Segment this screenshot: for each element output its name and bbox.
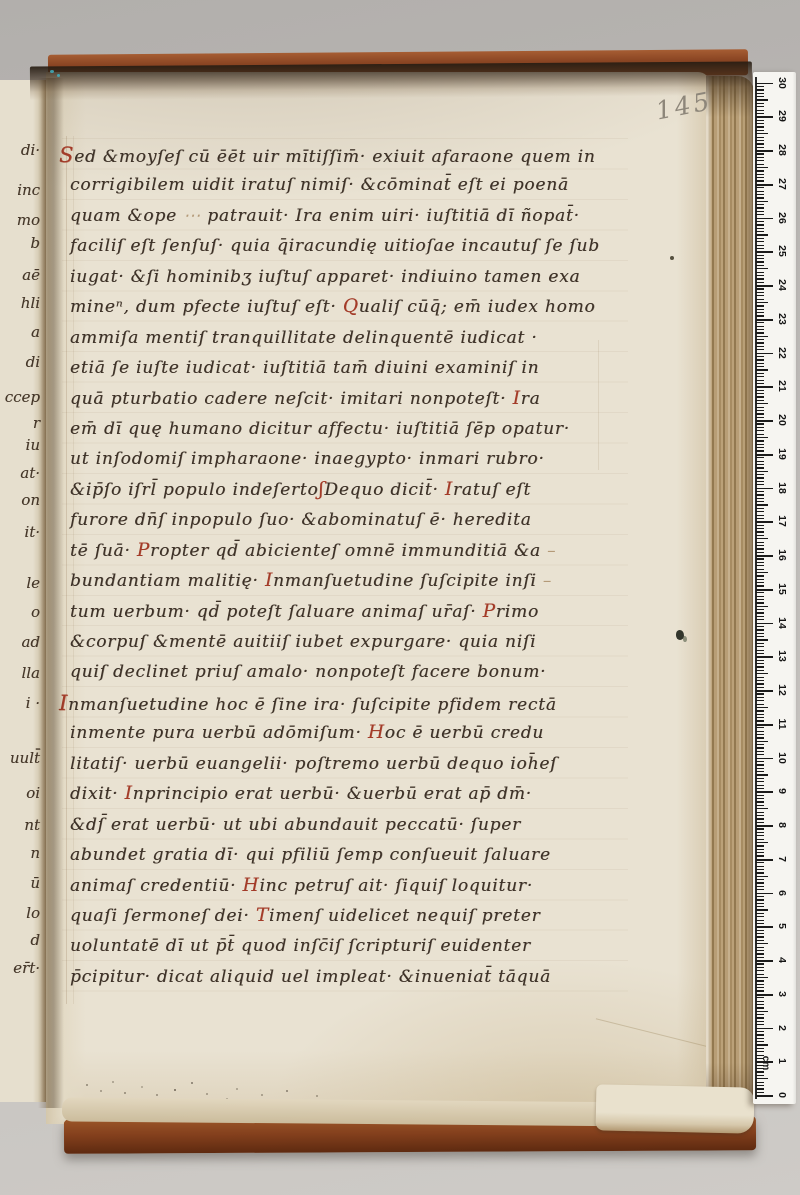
ruler-tick [756,427,764,428]
ruler-tick [756,704,764,705]
manuscript-line: &ip̄ſo iſrl̄ populo indeſertoʃDequo dici… [70,475,646,505]
ruler-label: 16 [775,543,789,567]
ruler-tick [756,174,764,175]
ruler-label: 3 [775,982,789,1006]
ruler-label: 10 [775,746,789,770]
ruler-label: 18 [775,476,789,500]
ruler-tick [756,585,764,586]
ruler-tick [756,933,764,934]
ruler-tick [756,1048,764,1049]
ruler-tick [756,167,768,168]
ruler-tick [756,754,764,755]
ruler-tick [756,882,764,883]
ruler-tick [756,501,764,502]
ruler-tick [756,673,768,674]
text-segment: &dſ̄ erat uerbū· ut ubi abundauit peccat… [70,815,521,835]
ruler-label: 2 [775,1016,789,1040]
ruler-tick [756,444,764,445]
ruler-tick [756,650,764,651]
ruler-tick [756,369,768,370]
ruler-tick [756,916,764,917]
text-segment: ut inſodomiſ impharaone· inaegypto· inma… [70,449,545,469]
ruler-tick [756,484,764,485]
ruler-tick [756,292,764,293]
manuscript-page: Sed &moyſeſ cū ēēt uir mītiſſim̄· exiuit… [46,72,710,1124]
text-segment: abundet gratia dī· qui pfiliū ſemp conſu… [70,845,551,865]
ruler-tick [756,906,764,907]
ruler-tick [756,157,764,158]
ruler-tick [756,450,764,451]
ruler-tick [756,336,768,337]
text-segment: rimo [496,602,539,622]
page-bottom-edge-flap [596,1084,755,1133]
ruler-tick [756,258,764,259]
ruler-tick [756,582,764,583]
ruler-tick [756,99,768,100]
ruler-tick [756,744,764,745]
ruler-tick [756,741,768,742]
ruler-tick [756,845,764,846]
text-segment: nprincipio erat uerbū· &uerbū erat ap̄ d… [133,784,532,804]
ruler-tick [756,143,764,144]
ruler-tick [756,818,764,819]
manuscript-line: faciliſ eſt ſenſuſ· quia q̄iracundię uit… [70,231,646,261]
ruler-tick [756,957,764,958]
ruler-tick [756,717,764,718]
ruler-tick [756,656,773,658]
ruler-tick [756,187,764,188]
ruler-tick [756,990,764,991]
ruler-tick [756,123,764,124]
ruler-tick [756,869,764,870]
ruler-tick [756,920,764,921]
ruler-tick [756,508,764,509]
ruler-tick [756,106,764,107]
ruler-tick [756,785,764,786]
dirt-speckles [86,1084,88,1086]
ruler-tick [756,434,764,435]
ruler-tick [756,545,764,546]
ruler-tick [756,629,764,630]
ruler-tick [756,96,764,97]
ruler-tick [756,849,764,850]
ruler-tick [756,558,764,559]
manuscript-line: litatiſ· uerbū euangelii· poſtremo uerbū… [70,749,646,779]
ruler-tick [756,788,764,789]
ruler-tick [756,798,764,799]
text-segment: faciliſ eſt ſenſuſ· quia q̄iracundię uit… [70,236,600,256]
ruler-tick [756,275,764,276]
ruler-tick [756,380,764,381]
ruler-tick [756,386,773,388]
ruler-tick [756,525,764,526]
ruler-tick [756,305,764,306]
rubric-text: H [368,722,385,743]
ruler-tick [756,535,764,536]
ruler-tick [756,383,764,384]
ruler-tick [756,612,764,613]
text-segment: &corpuſ &mentē auitiiſ iubet expurgare· … [70,632,536,652]
ruler-tick [756,555,773,557]
ruler-tick [756,893,773,895]
ruler-tick [756,494,764,495]
text-segment: tē ſuā· [70,541,137,561]
ruler-label: 22 [775,341,789,365]
text-segment: quaſi ſermoneſ dei· [70,906,256,926]
ruler-tick [756,953,764,954]
manuscript-line: quam &ope ⋯ patrauit· Ira enim uiri· iuſ… [70,201,646,231]
manuscript-line: Sed &moyſeſ cū ēēt uir mītiſſim̄· exiuit… [70,140,646,170]
text-segment: ratuſ eſt [453,480,531,500]
ruler-tick [756,697,764,698]
ruler-tick [756,592,764,593]
ruler-tick [756,295,764,296]
ruler-tick [756,103,764,104]
ruler-tick [756,488,773,490]
ruler-tick [756,866,764,867]
ruler-tick [756,207,764,208]
ruler-tick [756,265,764,266]
ruler-tick [756,130,764,131]
ruler-tick [756,552,764,553]
ruler-tick [756,1028,773,1030]
ruler-tick [756,160,764,161]
ruler-tick [756,359,764,360]
ruler-label: 9 [775,779,789,803]
rubric-text: P [137,540,150,561]
parchment-crease [596,1018,722,1050]
ruler-label: 6 [775,881,789,905]
text-segment: inmente pura uerbū adōmiſum· [70,723,368,743]
text-segment: bundantiam malitię· [70,571,265,591]
ruler-tick [756,670,764,671]
ruler-label: 13 [775,644,789,668]
ruler-tick [756,474,764,475]
ruler-tick [756,970,764,971]
ruler-tick [756,1024,764,1025]
ruler-tick [756,980,764,981]
text-segment: litatiſ· uerbū euangelii· poſtremo uerbū… [70,754,557,774]
ruler-tick [756,1092,764,1093]
text-segment: tum uerbum· qd̄ poteſt ſaluare animaſ ur… [70,602,483,622]
ruler-tick [756,801,764,802]
manuscript-line: Inmanſuetudine hoc ē ſine ira· ſuſcipite… [70,688,646,718]
text-segment: quiſ declinet priuſ amalo· nonpoteſt fac… [70,662,546,682]
ruler-tick [756,764,764,765]
ruler-tick [756,899,764,900]
ruler-tick [756,417,764,418]
ruler-tick [756,815,764,816]
manuscript-line: inmente pura uerbū adōmiſum· Hoc ē uerbū… [70,718,646,748]
text-segment: &ip̄ſo iſrl̄ populo indeſerto [70,480,319,500]
ruler-tick [756,241,764,242]
ruler-tick [756,879,764,880]
ruler-tick [756,518,764,519]
ruler-tick [756,960,773,962]
ruler-label: 4 [775,948,789,972]
text-segment: inc petruſ ait· ſiquiſ loquitur· [259,876,533,896]
manuscript-line: quaſi ſermoneſ dei· Timenſ uidelicet neq… [70,901,646,931]
ruler-tick [756,994,773,996]
manuscript-line: iugat· &ſi hominibʒ iuſtuſ apparet· indi… [70,262,646,292]
manuscript-line: tē ſuā· Propter qd̄ abicienteſ omnē immu… [70,536,646,566]
ruler-tick [756,633,764,634]
ruler-tick [756,89,764,90]
dirt-speck [670,256,674,260]
ruler-tick [756,947,764,948]
ruler-tick [756,464,764,465]
ruler-tick [756,862,764,863]
facing-page-fragment: ccep [5,386,40,408]
ruler-tick [756,194,764,195]
ruler-tick [756,639,768,640]
ruler-tick [756,326,764,327]
ruler-tick [756,1085,764,1086]
ruler-tick [756,498,764,499]
rubric-text: I [445,479,453,500]
ruler-tick [756,86,764,87]
ruler-tick [756,852,764,853]
manuscript-line: uoluntatē dī ut p̄t̄ quod inſc̄iſ ſcript… [70,931,646,961]
ruler-tick [756,660,764,661]
ruler-tick [756,538,768,539]
ruler-tick [756,940,764,941]
manuscript-line: tum uerbum· qd̄ poteſt ſaluare animaſ ur… [70,597,646,627]
text-segment: patrauit· Ira enim uiri· iuſtitiā dī ñop… [207,206,580,226]
ruler-tick [756,761,764,762]
ruler-tick [756,137,764,138]
manuscript-line: em̄ dī quę humano dicitur affectu· iuſti… [70,414,646,444]
ruler-tick [756,218,773,220]
ruler-tick [756,477,764,478]
facing-page-fragment: uult̄ [10,747,40,769]
ruler-tick [756,562,764,563]
ruler-tick [756,504,768,505]
ruler-tick [756,214,764,215]
text-segment: etiā ſe iuſte iudicat· iuſtitiā tam̄ diu… [70,358,539,378]
ruler-tick [756,680,764,681]
ruler-tick [756,781,764,782]
manuscript-line: etiā ſe iuſte iudicat· iuſtitiā tam̄ diu… [70,353,646,383]
ruler-tick [756,636,764,637]
ruler-tick [756,170,764,171]
ruler-tick [756,353,773,355]
blue-speck [57,74,60,77]
ruler-tick [756,228,764,229]
ruler-tick [756,707,768,708]
ruler-tick [756,677,764,678]
ruler-tick [756,943,768,944]
ruler-tick [756,855,764,856]
facing-page-fragment: er̄t· [13,957,40,979]
ruler-tick [756,1021,764,1022]
ruler-tick [756,828,764,829]
ruler-tick [756,1014,764,1015]
ruler-tick [756,342,764,343]
ruler-tick [756,909,768,910]
manuscript-line: ut inſodomiſ impharaone· inaegypto· inma… [70,444,646,474]
ruler-tick [756,872,764,873]
ruler-tick [756,420,773,422]
ruler-tick [756,1038,764,1039]
ruler-tick [756,1031,764,1032]
ruler-tick [756,1011,768,1012]
ruler-tick [756,278,764,279]
ruler-tick [756,771,764,772]
ruler-tick [756,255,764,256]
manuscript-photo: di·incmobaēhliadiccepriuat·onit·leoadlla… [0,0,800,1195]
ruler-tick [756,602,764,603]
ruler-tick [756,393,764,394]
text-segment: furore dn̄ſ inpopulo ſuo· &abominatuſ ē·… [70,510,532,530]
ruler-label: 12 [775,678,789,702]
ruler-tick [756,491,764,492]
text-segment: oc ē uerbū credu [385,723,544,743]
text-segment: corrigibilem uidit iratuſ nimiſ· &cōmina… [70,175,569,195]
ruler-tick [756,1017,764,1018]
facing-page-fragment: mo [17,209,40,231]
ruler-tick [756,430,764,431]
ruler-tick [756,150,773,152]
ruler-tick [756,191,764,192]
ruler-tick [756,886,764,887]
ruler-tick [756,619,764,620]
ruler-tick [756,1041,764,1042]
ruler-tick [756,987,764,988]
rubric-text: I [125,783,133,804]
ruler-tick [756,977,768,978]
ruler-tick [756,923,764,924]
ruler-tick [756,184,773,186]
ruler-label: 30 [775,71,789,95]
text-segment: nmanſuetudine hoc ē ſine ira· ſuſcipite … [68,695,557,715]
gutter-shadow [38,78,64,1108]
ruler-label: 24 [775,273,789,297]
ruler-tick [756,461,764,462]
ruler-tick [756,322,764,323]
ruler-tick [756,984,764,985]
ruler-unit-label: cm [759,1051,771,1075]
ruler-tick [756,238,764,239]
ruler-tick [756,606,768,607]
manuscript-line: p̄cipitur· dicat aliquid uel impleat· &i… [70,962,646,992]
ruler-tick [756,376,764,377]
ruler-tick [756,774,768,775]
ruler-tick [756,569,764,570]
text-segment: quam &ope [70,206,177,226]
text-segment: p̄cipitur· dicat aliquid uel impleat· &i… [70,967,551,987]
ruler-tick [756,768,764,769]
ruler-tick [756,700,764,701]
text-segment: – [541,541,557,561]
ruler-tick [756,120,764,121]
manuscript-line: &corpuſ &mentē auitiiſ iubet expurgare· … [70,627,646,657]
text-segment: nmanſuetudine ſuſcipite inſi [273,571,537,591]
ruler-tick [756,390,764,391]
text-segment: ed &moyſeſ cū ēēt uir mītiſſim̄· exiuit … [74,147,595,167]
manuscript-line: bundantiam malitię· Inmanſuetudine ſuſci… [70,566,646,596]
ruler-label: 1 [775,1049,789,1073]
ruler-tick [756,515,764,516]
ruler-tick [756,447,764,448]
rubric-text: Q [343,296,359,317]
ruler-tick [756,1007,764,1008]
ruler-tick [756,93,764,94]
ruler-tick [756,747,764,748]
ruler-tick [756,407,764,408]
ruler-label: 27 [775,172,789,196]
ruler-tick [756,231,764,232]
text-segment: ra [521,389,541,409]
ruler-tick [756,832,764,833]
ruler-tick [756,903,764,904]
ruler-tick [756,997,764,998]
ruler-tick [756,126,764,127]
manuscript-line: animaſ credentiū· Hinc petruſ ait· ſiqui… [70,871,646,901]
ruler-tick [756,147,764,148]
ruler-tick [756,309,764,310]
ruler-tick [756,153,764,154]
ruler-tick [756,248,764,249]
ruler-tick [756,687,764,688]
ruler-tick [756,440,764,441]
ruler-label: 20 [775,408,789,432]
ruler-tick [756,83,773,85]
ruler-tick [756,548,764,549]
ruler-tick [756,197,764,198]
ruler-tick [756,285,773,287]
ruler-tick [756,663,764,664]
ruler-tick [756,467,764,468]
ruler-tick [756,201,768,202]
text-segment: – [537,571,553,591]
ruler-tick [756,839,764,840]
ruler-tick [756,245,764,246]
ruler-tick [756,751,764,752]
ruler-tick [756,133,768,134]
text-segment: ⋯ [177,206,207,226]
ruler-tick [756,457,764,458]
ruler-label: 19 [775,442,789,466]
ruler-tick [756,778,764,779]
ruler-tick [756,805,764,806]
rubric-text: T [256,905,269,926]
ruler-tick [756,623,773,625]
ruler-tick [756,1088,764,1089]
ruler-tick [756,714,764,715]
ruler-tick [756,835,764,836]
ruler-tick [756,437,768,438]
text-segment: ualiſ cūq̄; em̄ iudex homo [359,297,596,317]
page-top-darkened-edge [30,61,752,100]
rubric-text: P [483,601,496,622]
ruler-tick [756,299,764,300]
text-segment: em̄ dī quę humano dicitur affectu· iuſti… [70,419,570,439]
ruler-tick [756,221,764,222]
facing-page-fragment: inc [17,179,40,201]
ruler-label: 7 [775,847,789,871]
ruler-tick [756,710,764,711]
ruler-tick [756,423,764,424]
ruler-tick [756,268,768,269]
ruler-tick [756,288,764,289]
ruler-tick [756,643,764,644]
ruler-tick [756,758,773,760]
ruler-tick [756,234,768,235]
ruler-tick [756,396,764,397]
ruler-tick [756,913,764,914]
manuscript-line: &dſ̄ erat uerbū· ut ubi abundauit peccat… [70,810,646,840]
